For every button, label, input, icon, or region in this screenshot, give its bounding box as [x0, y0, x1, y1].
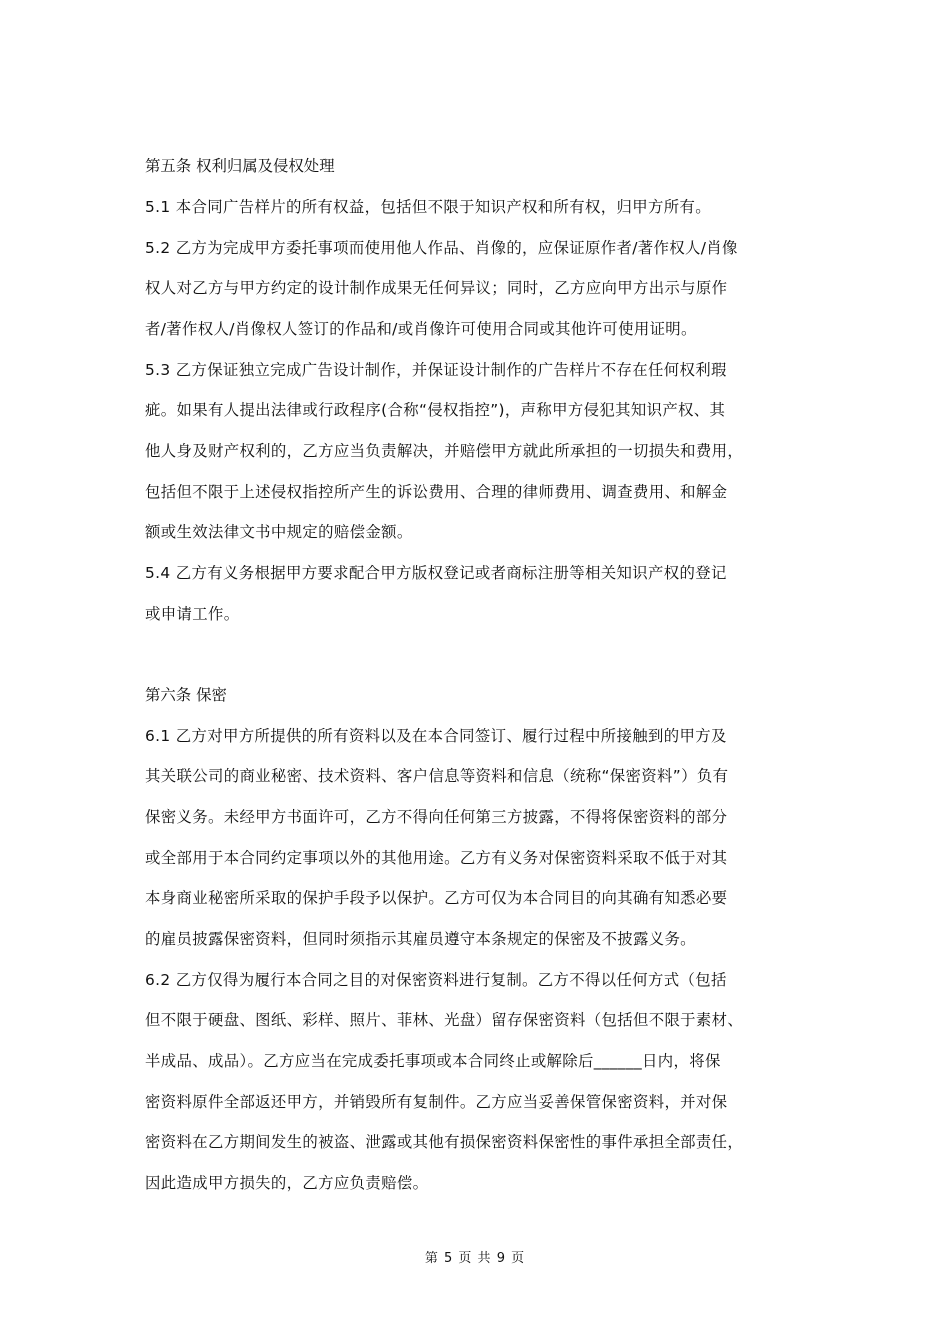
clause-5-4-line-1: 5.4 乙方有义务根据甲方要求配合甲方版权登记或者商标注册等相关知识产权的登记: [145, 563, 727, 583]
clause-5-2-line-3: 者/著作权人/肖像权人签订的作品和/或肖像许可使用合同或其他许可使用证明。: [145, 319, 697, 339]
clause-5-3-line-1: 5.3 乙方保证独立完成广告设计制作，并保证设计制作的广告样片不存在任何权利瑕: [145, 360, 727, 380]
clause-6-1-line-3: 保密义务。未经甲方书面许可，乙方不得向任何第三方披露，不得将保密资料的部分: [145, 807, 727, 827]
clause-6-2-line-2: 但不限于硬盘、图纸、彩样、照片、菲林、光盘）留存保密资料（包括但不限于素材、: [145, 1010, 743, 1030]
clause-5-3-line-2: 疵。如果有人提出法律或行政程序(合称“侵权指控”)，声称甲方侵犯其知识产权、其: [145, 400, 725, 420]
clause-6-2-line-5: 密资料在乙方期间发生的被盗、泄露或其他有损保密资料保密性的事件承担全部责任，: [145, 1132, 743, 1152]
clause-5-3-line-3: 他人身及财产权利的，乙方应当负责解决，并赔偿甲方就此所承担的一切损失和费用，: [145, 441, 743, 461]
clause-6-1-line-4: 或全部用于本合同约定事项以外的其他用途。乙方有义务对保密资料采取不低于对其: [145, 848, 727, 868]
clause-5-1-line-1: 5.1 本合同广告样片的所有权益，包括但不限于知识产权和所有权，归甲方所有。: [145, 197, 711, 217]
clause-5-2-line-1: 5.2 乙方为完成甲方委托事项而使用他人作品、肖像的，应保证原作者/著作权人/肖…: [145, 238, 738, 258]
clause-5-3-line-5: 额或生效法律文书中规定的赔偿金额。: [145, 522, 413, 542]
page-number-footer: 第 5 页 共 9 页: [0, 1247, 950, 1266]
clause-5-4-line-2: 或申请工作。: [145, 604, 239, 624]
clause-5-2-line-2: 权人对乙方与甲方约定的设计制作成果无任何异议；同时，乙方应向甲方出示与原作: [145, 278, 727, 298]
section-heading-5: 第五条 权利归属及侵权处理: [145, 156, 335, 176]
clause-6-2-line-6: 因此造成甲方损失的，乙方应负责赔偿。: [145, 1173, 428, 1193]
document-page: 第五条 权利归属及侵权处理 5.1 本合同广告样片的所有权益，包括但不限于知识产…: [0, 0, 950, 1344]
clause-6-2-line-4: 密资料原件全部返还甲方，并销毁所有复制件。乙方应当妥善保管保密资料，并对保: [145, 1092, 727, 1112]
clause-6-2-line-1: 6.2 乙方仅得为履行本合同之目的对保密资料进行复制。乙方不得以任何方式（包括: [145, 970, 727, 990]
clause-6-2-line-3: 半成品、成品）。乙方应当在完成委托事项或本合同终止或解除后______日内，将保: [145, 1051, 721, 1071]
clause-6-1-line-5: 本身商业秘密所采取的保护手段予以保护。乙方可仅为本合同目的向其确有知悉必要: [145, 888, 727, 908]
clause-5-3-line-4: 包括但不限于上述侵权指控所产生的诉讼费用、合理的律师费用、调查费用、和解金: [145, 482, 727, 502]
clause-6-1-line-2: 其关联公司的商业秘密、技术资料、客户信息等资料和信息（统称“保密资料”）负有: [145, 766, 728, 786]
section-heading-6: 第六条 保密: [145, 685, 227, 705]
clause-6-1-line-6: 的雇员披露保密资料，但同时须指示其雇员遵守本条规定的保密及不披露义务。: [145, 929, 696, 949]
clause-6-1-line-1: 6.1 乙方对甲方所提供的所有资料以及在本合同签订、履行过程中所接触到的甲方及: [145, 726, 727, 746]
